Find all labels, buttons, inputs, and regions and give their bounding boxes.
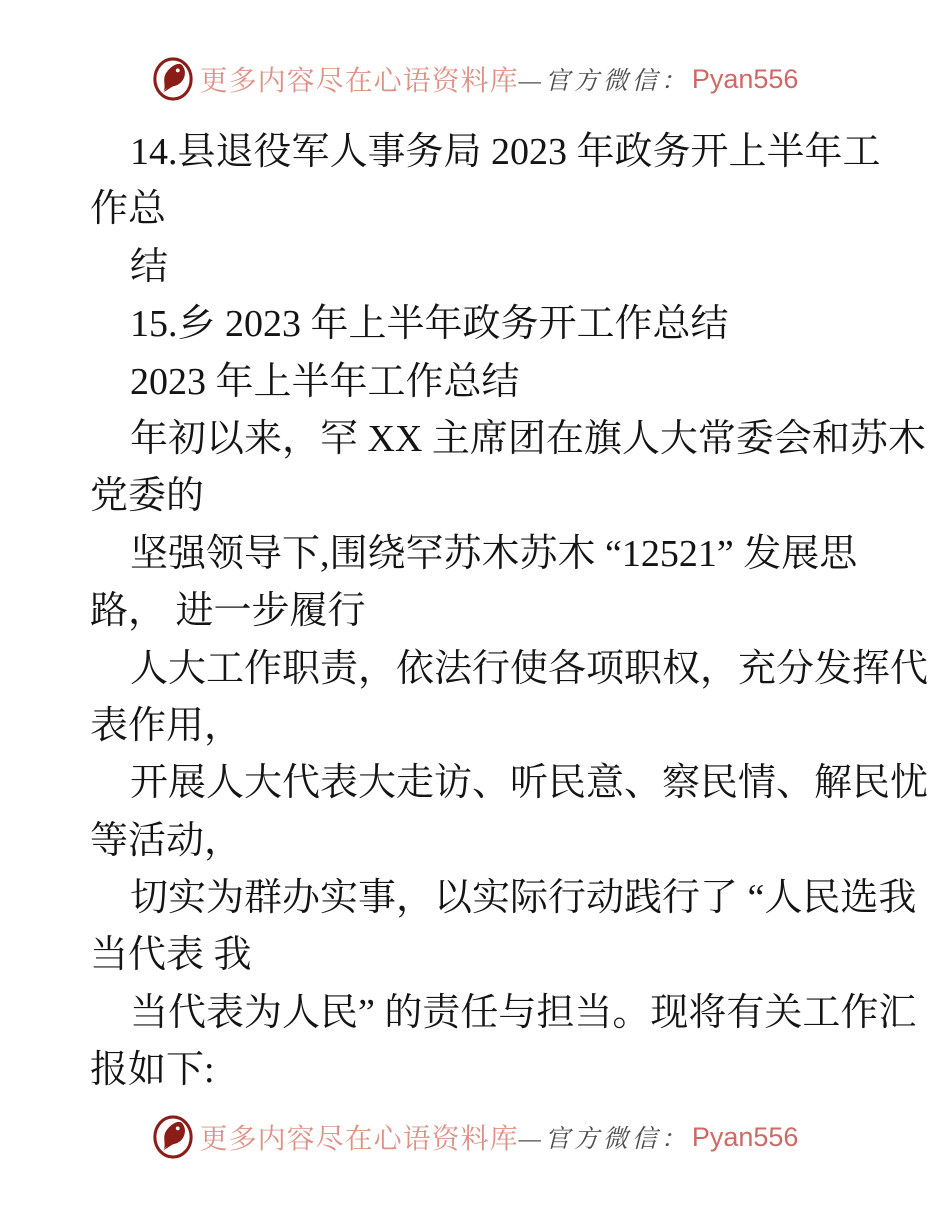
document-line: 表作用，	[90, 698, 884, 755]
document-line: 等活动，	[90, 813, 884, 870]
heron-pen-circle-icon	[152, 1114, 194, 1160]
document-page: 更多内容尽在心语资料库 —官方微信： Pyan556 14.县退役军人事务局 2…	[0, 0, 950, 1230]
document-line: 当代表为人民” 的责任与担当。现将有关工作汇	[90, 985, 884, 1042]
watermark-brand-text: 更多内容尽在心语资料库	[200, 59, 519, 99]
document-line: 作总	[90, 181, 884, 238]
document-line: 14.县退役军人事务局 2023 年政务开上半年工	[90, 124, 884, 181]
document-line: 当代表 我	[90, 927, 884, 984]
watermark-brand-text: 更多内容尽在心语资料库	[200, 1117, 519, 1157]
document-line: 2023 年上半年工作总结	[90, 354, 884, 411]
watermark-wechat-id: Pyan556	[692, 64, 799, 95]
watermark-wechat-label: —官方微信：	[519, 61, 690, 97]
document-line: 报如下:	[90, 1042, 884, 1099]
document-line: 人大工作职责，依法行使各项职权，充分发挥代	[90, 641, 884, 698]
watermark-wechat-id: Pyan556	[692, 1122, 799, 1153]
heron-pen-circle-icon	[152, 56, 194, 102]
document-line: 路， 进一步履行	[90, 583, 884, 640]
watermark-wechat-label: —官方微信：	[519, 1119, 690, 1155]
document-line: 15.乡 2023 年上半年政务开工作总结	[90, 296, 884, 353]
header-watermark: 更多内容尽在心语资料库 —官方微信： Pyan556	[0, 56, 950, 102]
document-line: 年初以来，罕 XX 主席团在旗人大常委会和苏木	[90, 411, 884, 468]
document-body: 14.县退役军人事务局 2023 年政务开上半年工作总结15.乡 2023 年上…	[90, 124, 884, 1100]
document-line: 结	[90, 239, 884, 296]
document-line: 党委的	[90, 468, 884, 525]
document-line: 坚强领导下,围绕罕苏木苏木 “12521” 发展思	[90, 526, 884, 583]
document-line: 开展人大代表大走访、听民意、察民情、解民忧	[90, 755, 884, 812]
footer-watermark: 更多内容尽在心语资料库 —官方微信： Pyan556	[0, 1114, 950, 1160]
document-line: 切实为群办实事，以实际行动践行了 “人民选我	[90, 870, 884, 927]
